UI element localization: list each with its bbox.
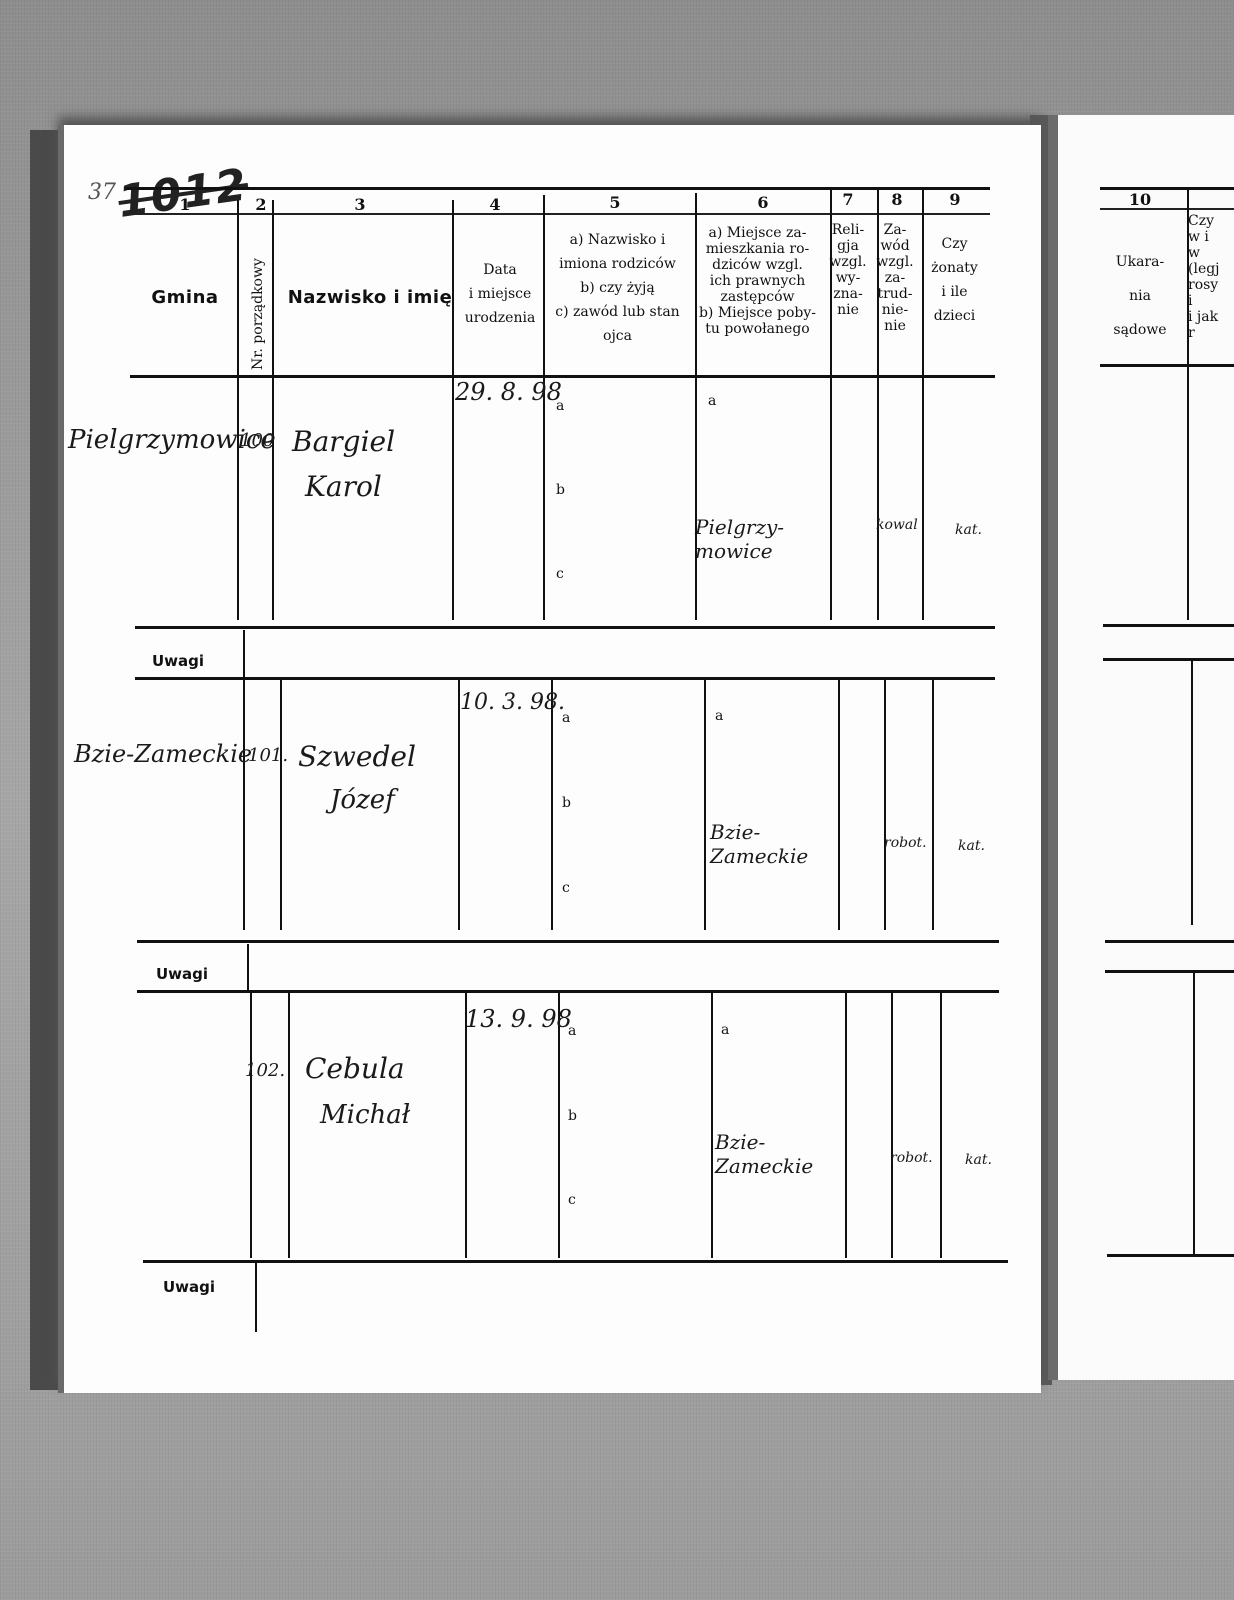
record-1-date: 29. 8. 98 <box>455 378 562 406</box>
rp-rule <box>1103 624 1234 627</box>
header-line: Data <box>455 258 545 282</box>
record-3-place: Bzie-Zameckie <box>715 1130 845 1178</box>
row-separator <box>143 1260 1008 1263</box>
record-3-surname: Cebula <box>305 1052 405 1085</box>
row-separator <box>135 626 995 629</box>
col-header-penalties: Ukara- nia sądowe <box>1100 245 1180 347</box>
record-1-surname: Bargiel <box>292 425 395 458</box>
header-line: Reli- <box>826 222 870 238</box>
col-divider <box>891 993 893 1258</box>
header-line: nie <box>826 302 870 318</box>
col-divider <box>280 680 282 930</box>
col-num-6: 6 <box>748 193 778 212</box>
col-divider <box>922 190 924 620</box>
row-separator <box>137 990 999 993</box>
record-3-date: 13. 9. 98 <box>465 1005 572 1033</box>
col-num-9: 9 <box>945 190 965 209</box>
header-line: w i <box>1188 229 1234 245</box>
rp-vline <box>1191 660 1193 925</box>
header-line: w <box>1188 245 1234 261</box>
header-line: a) Miejsce za- <box>690 225 825 241</box>
remarks-divider <box>247 944 249 992</box>
record-2-place: Bzie-Zameckie <box>710 820 840 868</box>
rp-rule <box>1105 940 1234 943</box>
binding-shadow <box>30 130 60 1390</box>
record-2-note: kat. <box>958 838 985 854</box>
header-bottom-rule <box>130 375 995 378</box>
header-line: b) Miejsce poby- <box>690 305 825 321</box>
col-header-religion: Reli- gja wzgl. wy- zna- nie <box>826 222 870 318</box>
header-line: imiona rodziców <box>545 252 690 276</box>
record-2-given: Józef <box>330 785 395 815</box>
col-divider <box>932 680 934 930</box>
sub-label-a: a <box>715 708 723 724</box>
col-divider <box>838 680 840 930</box>
rp-rule <box>1105 970 1234 973</box>
record-2-gmina: Bzie-Zameckie <box>74 740 252 768</box>
header-line: dziców wzgl. <box>690 257 825 273</box>
header-line: r <box>1188 325 1234 341</box>
col-header-11: Czy w i w (legj rosy i i jak r <box>1188 213 1234 341</box>
record-2-occupation: robot. <box>884 835 927 851</box>
col-divider <box>452 200 454 620</box>
header-line: żonaty <box>922 256 987 280</box>
header-line: nia <box>1100 279 1180 313</box>
col-num-1: 1 <box>170 195 200 214</box>
header-line: ojca <box>545 324 690 348</box>
col-num-4: 4 <box>480 195 510 214</box>
header-line: b) czy żyją <box>545 276 690 300</box>
rp-rule <box>1103 658 1234 661</box>
col-num-3: 3 <box>345 195 375 214</box>
sub-label-c: c <box>556 566 564 582</box>
remarks-label-2: Uwagi <box>156 965 208 983</box>
remarks-divider <box>243 630 245 678</box>
col-divider <box>272 200 274 620</box>
col-divider <box>711 993 713 1258</box>
header-line: wzgl. <box>826 254 870 270</box>
header-line: Ukara- <box>1100 245 1180 279</box>
col-divider <box>543 195 545 620</box>
col-divider <box>845 993 847 1258</box>
rp-num-rule <box>1100 208 1234 210</box>
row-separator <box>137 940 999 943</box>
header-line: rosy <box>1188 277 1234 293</box>
row-separator <box>135 677 995 680</box>
col-divider <box>458 680 460 930</box>
sub-label-a: a <box>721 1022 729 1038</box>
col-header-residence: a) Miejsce za- mieszkania ro- dziców wzg… <box>690 225 825 337</box>
record-3-note: kat. <box>965 1152 992 1168</box>
header-line: Czy <box>922 232 987 256</box>
record-2-nr: 101. <box>248 745 288 766</box>
remarks-label-3: Uwagi <box>163 1278 215 1296</box>
header-line: i <box>1188 293 1234 309</box>
col-header-nr: Nr. porządkowy <box>250 258 266 370</box>
col-header-name: Nazwisko i imię <box>285 290 455 306</box>
header-line: sądowe <box>1100 313 1180 347</box>
col-num-10: 10 <box>1125 190 1155 209</box>
col-divider <box>884 680 886 930</box>
header-line: (legj <box>1188 261 1234 277</box>
sub-label-b: b <box>568 1108 577 1124</box>
rp-vline <box>1187 190 1189 620</box>
col-header-parents: a) Nazwisko i imiona rodziców b) czy żyj… <box>545 228 690 348</box>
remarks-label-1: Uwagi <box>152 652 204 670</box>
header-line: wy- <box>826 270 870 286</box>
sub-label-c: c <box>562 880 570 896</box>
sub-label-a: a <box>708 393 716 409</box>
record-1-nr: 100 <box>240 430 274 451</box>
header-line: i jak <box>1188 309 1234 325</box>
record-3-given: Michał <box>320 1100 410 1130</box>
header-line: dzieci <box>922 304 987 328</box>
header-line: i ile <box>922 280 987 304</box>
rp-header-bottom <box>1100 364 1234 367</box>
col-divider <box>551 680 553 930</box>
sub-label-b: b <box>562 795 571 811</box>
col-divider <box>237 200 239 620</box>
remarks-divider <box>255 1262 257 1332</box>
header-line: a) Nazwisko i <box>545 228 690 252</box>
sub-label-c: c <box>568 1192 576 1208</box>
rp-vline <box>1193 972 1195 1254</box>
header-line: i miejsce <box>455 282 545 306</box>
sub-label-b: b <box>556 482 565 498</box>
header-line: urodzenia <box>455 306 545 330</box>
col-num-7: 7 <box>838 190 858 209</box>
col-header-married: Czy żonaty i ile dzieci <box>922 232 987 328</box>
col-header-birth: Data i miejsce urodzenia <box>455 258 545 330</box>
header-line: Czy <box>1188 213 1234 229</box>
col-header-gmina: Gmina <box>130 290 240 306</box>
record-1-place: Pielgrzy-mowice <box>695 515 825 563</box>
record-1-occupation: kowal <box>876 517 918 533</box>
header-line: ich prawnych <box>690 273 825 289</box>
col-num-5: 5 <box>600 193 630 212</box>
header-line: c) zawód lub stan <box>545 300 690 324</box>
record-1-note: kat. <box>955 522 982 538</box>
record-3-occupation: robot. <box>890 1150 933 1166</box>
col-divider <box>288 993 290 1258</box>
header-top-rule <box>125 187 990 190</box>
header-line: zastępców <box>690 289 825 305</box>
col-divider <box>250 993 252 1258</box>
header-line: gja <box>826 238 870 254</box>
rp-top-rule <box>1100 187 1234 190</box>
col-num-8: 8 <box>887 190 907 209</box>
header-line: tu powołanego <box>690 321 825 337</box>
col-divider <box>877 190 879 620</box>
rp-rule <box>1107 1254 1234 1257</box>
col-divider <box>940 993 942 1258</box>
record-1-given: Karol <box>305 470 382 503</box>
record-2-surname: Szwedel <box>298 740 416 773</box>
page-number-small: 37 <box>88 180 116 205</box>
header-line: zna- <box>826 286 870 302</box>
col-divider <box>830 190 832 620</box>
record-3-nr: 102. <box>245 1060 285 1081</box>
col-divider <box>243 680 245 930</box>
header-line: mieszkania ro- <box>690 241 825 257</box>
record-2-date: 10. 3. 98. <box>460 690 565 715</box>
col-divider <box>704 680 706 930</box>
